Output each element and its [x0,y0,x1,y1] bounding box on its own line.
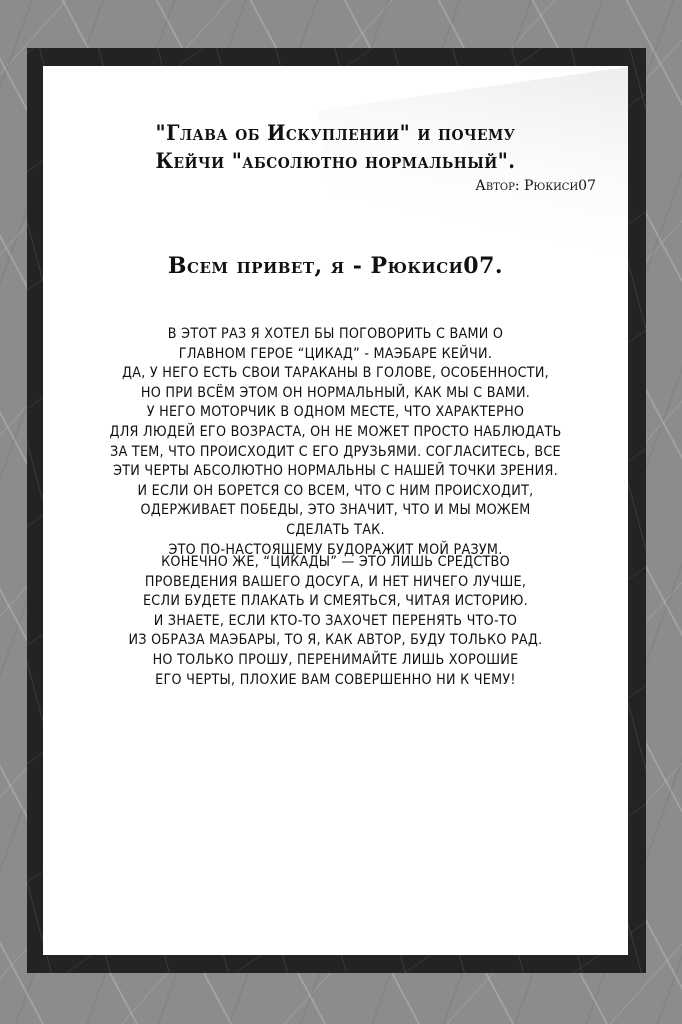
text-line: У него моторчик в одном месте, что харак… [78,403,593,423]
text-line: В этот раз я хотел бы поговорить с вами … [78,325,593,345]
paper-sheet: "Глава об Искуплении" и почему Кейчи "аб… [43,66,628,955]
title-line-1: "Глава об Искуплении" и почему [66,119,604,147]
paragraph-1: В этот раз я хотел бы поговорить с вами … [43,325,628,560]
afterword-title: "Глава об Искуплении" и почему Кейчи "аб… [43,119,628,175]
paragraph-2: Конечно же, “Цикады” — это лишь средство… [43,553,628,690]
text-line: И знаете, если кто-то захочет перенять ч… [78,612,593,632]
text-line: Но только прошу, перенимайте лишь хороши… [78,651,593,671]
text-line: Конечно же, “Цикады” — это лишь средство [78,553,593,573]
text-line: сделать так. [78,521,593,541]
text-line: из образа Маэбары, то я, как автор, буду… [78,631,593,651]
page-frame: "Глава об Искуплении" и почему Кейчи "аб… [27,48,646,973]
text-line: за тем, что происходит с его друзьями. С… [78,443,593,463]
title-line-2: Кейчи "абсолютно нормальный". [66,147,604,175]
text-line: главном герое “Цикад” - Маэбаре Кейчи. [78,345,593,365]
text-line: проведения вашего досуга, и нет ничего л… [78,573,593,593]
text-line: одерживает победы, это значит, что и мы … [78,501,593,521]
greeting-heading: Всем привет, я - Рюкиси07. [43,253,628,279]
text-line: для людей его возраста, он не может прос… [78,423,593,443]
text-line: если будете плакать и смеяться, читая ис… [78,592,593,612]
text-line: И если он борется со всем, что с ним про… [78,482,593,502]
text-line: эти черты абсолютно нормальны с нашей то… [78,462,593,482]
author-credit: Автор: Рюкиси07 [475,178,596,194]
text-line: Да, у него есть свои тараканы в голове, … [78,364,593,384]
text-line: его черты, плохие вам совершенно ни к че… [78,671,593,691]
text-line: но при всём этом он нормальный, как мы с… [78,384,593,404]
